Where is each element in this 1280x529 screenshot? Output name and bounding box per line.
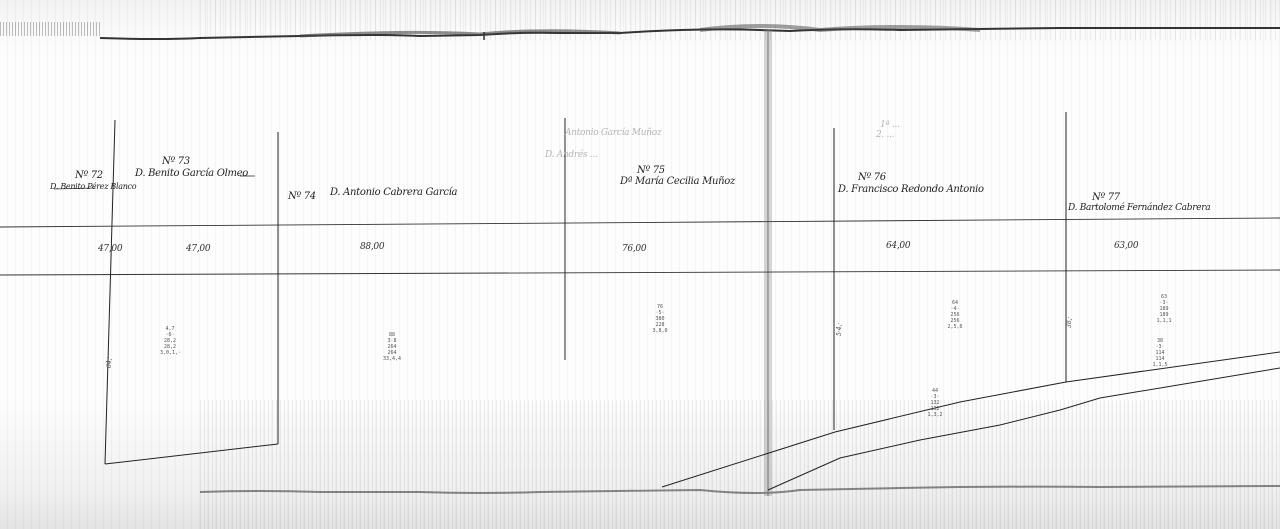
plot-72-number: Nº 72 xyxy=(75,170,103,181)
plot-75-number: Nº 75 xyxy=(637,165,665,176)
plot-77-area-calc-2: 38·3·1141141,1,5 xyxy=(1150,338,1170,368)
plot-74-number: Nº 74 xyxy=(288,191,316,202)
plot-73-frontage: 47,00 xyxy=(186,244,210,254)
plot-77-frontage: 63,00 xyxy=(1114,241,1138,251)
plot-73-owner: D. Benito García Olmeo xyxy=(135,168,248,179)
plot-76-frontage: 64,00 xyxy=(886,241,910,251)
plot-75-frontage: 76,00 xyxy=(622,244,646,254)
plot-74-frontage: 88,00 xyxy=(360,242,384,252)
plot-73-frontage-left: 47,00 xyxy=(98,244,122,254)
plot-75-owner: Dª María Cecilia Muñoz xyxy=(620,176,735,187)
plot-73-number: Nº 73 xyxy=(162,156,190,167)
plot-76-side-measure: 5·4,· xyxy=(836,323,843,336)
plot-76-number: Nº 76 xyxy=(858,172,886,183)
plot-77-number: Nº 77 xyxy=(1092,192,1120,203)
plot-76-area-calc: 64·4·2562562,5,6 xyxy=(944,300,966,330)
plot-73-area-calc: 4,7·6·28,228,23,0,1,· xyxy=(160,326,180,356)
plot-74-area-calc: 883·826426433,4,4 xyxy=(380,332,404,362)
survey-map-sheet: Nº 72 D. Benito Pérez Blanco Nº 73 D. Be… xyxy=(0,0,1280,529)
plot-76-owner: D. Francisco Redondo Antonio xyxy=(838,184,984,195)
plot-77-side-measure: 38,· xyxy=(1066,317,1073,328)
faint-note-4: 2. ... xyxy=(876,130,894,140)
plot-74-owner: D. Antonio Cabrera García xyxy=(330,187,457,198)
faint-note-2: D. Andrés ... xyxy=(545,150,597,160)
plot-75-area-calc: 76·5·3802283,8,0 xyxy=(648,304,672,334)
faint-note-1: Antonio García Muñoz xyxy=(565,128,661,138)
plot-77-owner: D. Bartolomé Fernández Cabrera xyxy=(1068,203,1210,213)
plot-76-area-calc-2: 44·3·1321321,3,2 xyxy=(924,388,946,418)
plot-73-side-measure: 64,· xyxy=(106,357,113,368)
faint-note-3: 1ª ... xyxy=(880,120,900,130)
map-linework xyxy=(0,0,1280,529)
plot-77-area-calc: 63·3·1891891,1,1 xyxy=(1154,294,1174,324)
plot-72-owner: D. Benito Pérez Blanco xyxy=(50,182,136,191)
